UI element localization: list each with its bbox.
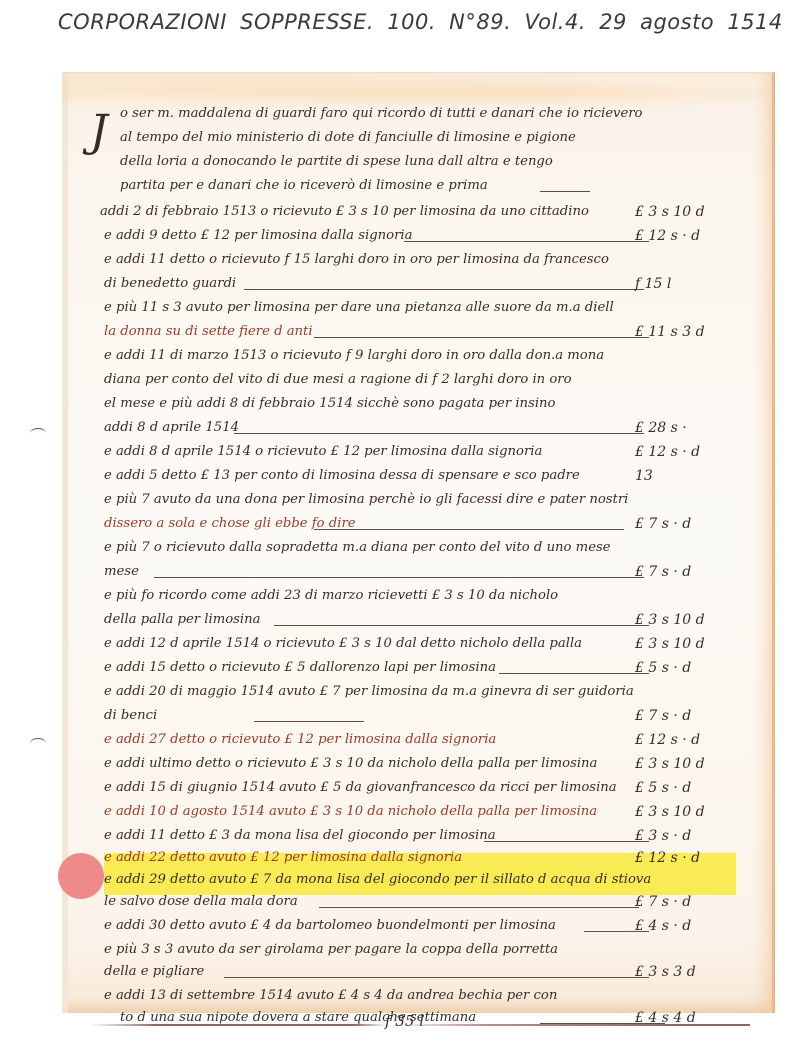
entry-text: e più 7 o ricievuto dalla sopradetta m.a… [104, 536, 611, 560]
ledger-entry-line: addi 8 d aprile 1514 [104, 416, 664, 440]
ledger-entry-line: e più 3 s 3 avuto da ser girolama per pa… [104, 938, 664, 962]
ledger-entry-line: della loria a donocando le partite di sp… [120, 150, 680, 174]
ledger-entry-line: e addi 9 detto £ 12 per limosina dalla s… [104, 224, 664, 248]
decorated-initial: J [90, 108, 108, 156]
entry-amount: £ 3 s 10 d [635, 800, 745, 824]
entry-amount: £ 12 s · d [635, 224, 745, 248]
ledger-entry-line: e più 7 avuto da una dona per limosina p… [104, 488, 664, 512]
entry-fill-rule [224, 977, 649, 978]
entry-text: della loria a donocando le partite di sp… [120, 150, 553, 174]
ledger-entry-line: mese [104, 560, 664, 584]
entry-fill-rule [274, 625, 649, 626]
ledger-entry-line: le salvo dose della mala dora [104, 890, 664, 914]
ledger-entry-line: e addi 12 d aprile 1514 o ricievuto £ 3 … [104, 632, 664, 656]
ledger-entry-line: della e pigliare [104, 960, 664, 984]
ledger-entry-line: addi 2 di febbraio 1513 o ricievuto £ 3 … [100, 200, 660, 224]
volume-label: Vol.4. [524, 10, 586, 34]
entry-text: e addi 11 detto £ 3 da mona lisa del gio… [104, 824, 496, 848]
ledger-entry-line: e addi 10 d agosto 1514 avuto £ 3 s 10 d… [104, 800, 664, 824]
ledger-entry-line: o ser m. maddalena di guardi faro qui ri… [120, 102, 680, 126]
entry-fill-rule [499, 673, 649, 674]
entry-text: e addi 9 detto £ 12 per limosina dalla s… [104, 224, 412, 248]
entry-text: partita per e danari che io riceverò di … [120, 174, 488, 198]
entry-text: e addi 8 d aprile 1514 o ricievuto £ 12 … [104, 440, 542, 464]
entry-text: o ser m. maddalena di guardi faro qui ri… [120, 102, 643, 126]
page-bottom-edge [90, 1024, 750, 1026]
ledger-entry-line: e addi 8 d aprile 1514 o ricievuto £ 12 … [104, 440, 664, 464]
ledger-entry-line: e addi 29 detto avuto £ 7 da mona lisa d… [104, 868, 664, 892]
entry-fill-rule [154, 577, 644, 578]
entry-text: della e pigliare [104, 960, 204, 984]
entry-text: della palla per limosina [104, 608, 261, 632]
entry-amount: £ 7 s · d [635, 512, 745, 536]
ledger-entry-line: e addi 11 detto £ 3 da mona lisa del gio… [104, 824, 664, 848]
entry-amount: £ 3 s 10 d [635, 632, 745, 656]
entry-text: e addi 10 d agosto 1514 avuto £ 3 s 10 d… [104, 800, 597, 824]
entry-text: e addi 5 detto £ 13 per conto di limosin… [104, 464, 580, 488]
ledger-entry-line: e più 7 o ricievuto dalla sopradetta m.a… [104, 536, 664, 560]
entry-amount: £ 3 s · d [635, 824, 745, 848]
ledger-entry-line: e addi 15 di giugnio 1514 avuto £ 5 da g… [104, 776, 664, 800]
entry-text: e addi 11 detto o ricievuto f 15 larghi … [104, 248, 609, 272]
entry-amount: £ 3 s 10 d [635, 752, 745, 776]
ledger-entry-line: e più fo ricordo come addi 23 di marzo r… [104, 584, 664, 608]
entry-text: e addi 27 detto o ricievuto £ 12 per lim… [104, 728, 496, 752]
entry-fill-rule [314, 529, 624, 530]
ledger-entry-line: e addi 11 detto o ricievuto f 15 larghi … [104, 248, 664, 272]
entry-amount: £ 5 s · d [635, 776, 745, 800]
entry-text: al tempo del mio ministerio di dote di f… [120, 126, 576, 150]
entry-amount: £ 3 s 10 d [635, 200, 745, 224]
entry-fill-rule [319, 907, 639, 908]
entry-text: le salvo dose della mala dora [104, 890, 298, 914]
entry-fill-rule [314, 337, 649, 338]
entry-text: e addi 20 di maggio 1514 avuto £ 7 per l… [104, 680, 634, 704]
entry-text: e più 3 s 3 avuto da ser girolama per pa… [104, 938, 558, 962]
entry-text: di benedetto guardi [104, 272, 236, 296]
entry-text: e addi 30 detto avuto £ 4 da bartolomeo … [104, 914, 556, 938]
entry-text: mese [104, 560, 139, 584]
entry-amount: £ 4 s · d [635, 914, 745, 938]
entry-text: e più fo ricordo come addi 23 di marzo r… [104, 584, 558, 608]
ledger-entry-line: al tempo del mio ministerio di dote di f… [120, 126, 680, 150]
entry-fill-rule [234, 433, 644, 434]
entry-text: addi 8 d aprile 1514 [104, 416, 239, 440]
item-number: N°89. [449, 10, 511, 34]
ledger-entry-line: dissero a sola e chose gli ebbe fo dire [104, 512, 664, 536]
ledger-entry-line: diana per conto del vito di due mesi a r… [104, 368, 664, 392]
archive-reference-header: CORPORAZIONI SOPPRESSE. 100. N°89. Vol.4… [58, 10, 800, 50]
entry-amount: £ 3 s 3 d [635, 960, 745, 984]
ledger-entry-line: e più 11 s 3 avuto per limosina per dare… [104, 296, 664, 320]
ledger-total: f 35 l [385, 1012, 424, 1030]
ledger-entry-line: della palla per limosina [104, 608, 664, 632]
ledger-entry-line: di benedetto guardi [104, 272, 664, 296]
entry-text: e addi 29 detto avuto £ 7 da mona lisa d… [104, 868, 651, 892]
entry-amount: f 15 l [635, 272, 745, 296]
entry-text: e più 7 avuto da una dona per limosina p… [104, 488, 628, 512]
entry-text: el mese e più addi 8 di febbraio 1514 si… [104, 392, 555, 416]
entry-amount: £ 28 s · [635, 416, 745, 440]
entry-text: di benci [104, 704, 157, 728]
entry-fill-rule [244, 289, 644, 290]
entry-amount: £ 12 s · d [635, 440, 745, 464]
ledger-entry-line: di benci [104, 704, 664, 728]
ledger-entry-line: e addi 11 di marzo 1513 o ricievuto f 9 … [104, 344, 664, 368]
entry-amount: £ 11 s 3 d [635, 320, 745, 344]
entry-text: la donna su di sette fiere d anti [104, 320, 313, 344]
entry-fill-rule [484, 841, 649, 842]
entry-fill-rule [254, 721, 364, 722]
entry-text: e addi 12 d aprile 1514 o ricievuto £ 3 … [104, 632, 582, 656]
entry-text: e più 11 s 3 avuto per limosina per dare… [104, 296, 614, 320]
entry-text: e addi 22 detto avuto £ 12 per limosina … [104, 846, 462, 870]
ledger-entry-line: la donna su di sette fiere d anti [104, 320, 664, 344]
entry-amount: £ 7 s · d [635, 890, 745, 914]
entry-text: e addi 11 di marzo 1513 o ricievuto f 9 … [104, 344, 604, 368]
entry-amount: £ 7 s · d [635, 560, 745, 584]
ledger-entry-line: e addi 27 detto o ricievuto £ 12 per lim… [104, 728, 664, 752]
archive-label: CORPORAZIONI SOPPRESSE. [58, 10, 374, 34]
punch-hole-mark [30, 738, 46, 749]
fund-number: 100. [387, 10, 436, 34]
entry-amount: 13 [635, 464, 745, 488]
entry-text: e addi 15 detto o ricievuto £ 5 dalloren… [104, 656, 496, 680]
ledger-entry-line: e addi 13 di settembre 1514 avuto £ 4 s … [104, 984, 664, 1008]
entry-fill-rule [404, 241, 649, 242]
ledger-entry-line: e addi 22 detto avuto £ 12 per limosina … [104, 846, 664, 870]
entry-amount: £ 12 s · d [635, 846, 745, 870]
ledger-entry-line: e addi 15 detto o ricievuto £ 5 dalloren… [104, 656, 664, 680]
document-date: 29 agosto 1514 [599, 10, 783, 34]
ledger-entry-line: e addi 20 di maggio 1514 avuto £ 7 per l… [104, 680, 664, 704]
entry-amount: £ 3 s 10 d [635, 608, 745, 632]
entry-text: diana per conto del vito di due mesi a r… [104, 368, 572, 392]
entry-text: e addi ultimo detto o ricievuto £ 3 s 10… [104, 752, 597, 776]
entry-amount: £ 5 s · d [635, 656, 745, 680]
entry-fill-rule [540, 191, 590, 192]
entry-amount: £ 12 s · d [635, 728, 745, 752]
ledger-entry-line: e addi ultimo detto o ricievuto £ 3 s 10… [104, 752, 664, 776]
entry-text: e addi 15 di giugnio 1514 avuto £ 5 da g… [104, 776, 617, 800]
red-dot-marker [58, 853, 104, 899]
entry-text: e addi 13 di settembre 1514 avuto £ 4 s … [104, 984, 557, 1008]
ledger-entry-line: e addi 30 detto avuto £ 4 da bartolomeo … [104, 914, 664, 938]
entry-text: dissero a sola e chose gli ebbe fo dire [104, 512, 356, 536]
ledger-entry-line: el mese e più addi 8 di febbraio 1514 si… [104, 392, 664, 416]
entry-amount: £ 7 s · d [635, 704, 745, 728]
ledger-entry-line: partita per e danari che io riceverò di … [120, 174, 680, 198]
entry-text: addi 2 di febbraio 1513 o ricievuto £ 3 … [100, 200, 589, 224]
ledger-entry-line: e addi 5 detto £ 13 per conto di limosin… [104, 464, 664, 488]
entry-amount: £ 4 s 4 d [635, 1006, 745, 1030]
punch-hole-mark [30, 428, 46, 439]
